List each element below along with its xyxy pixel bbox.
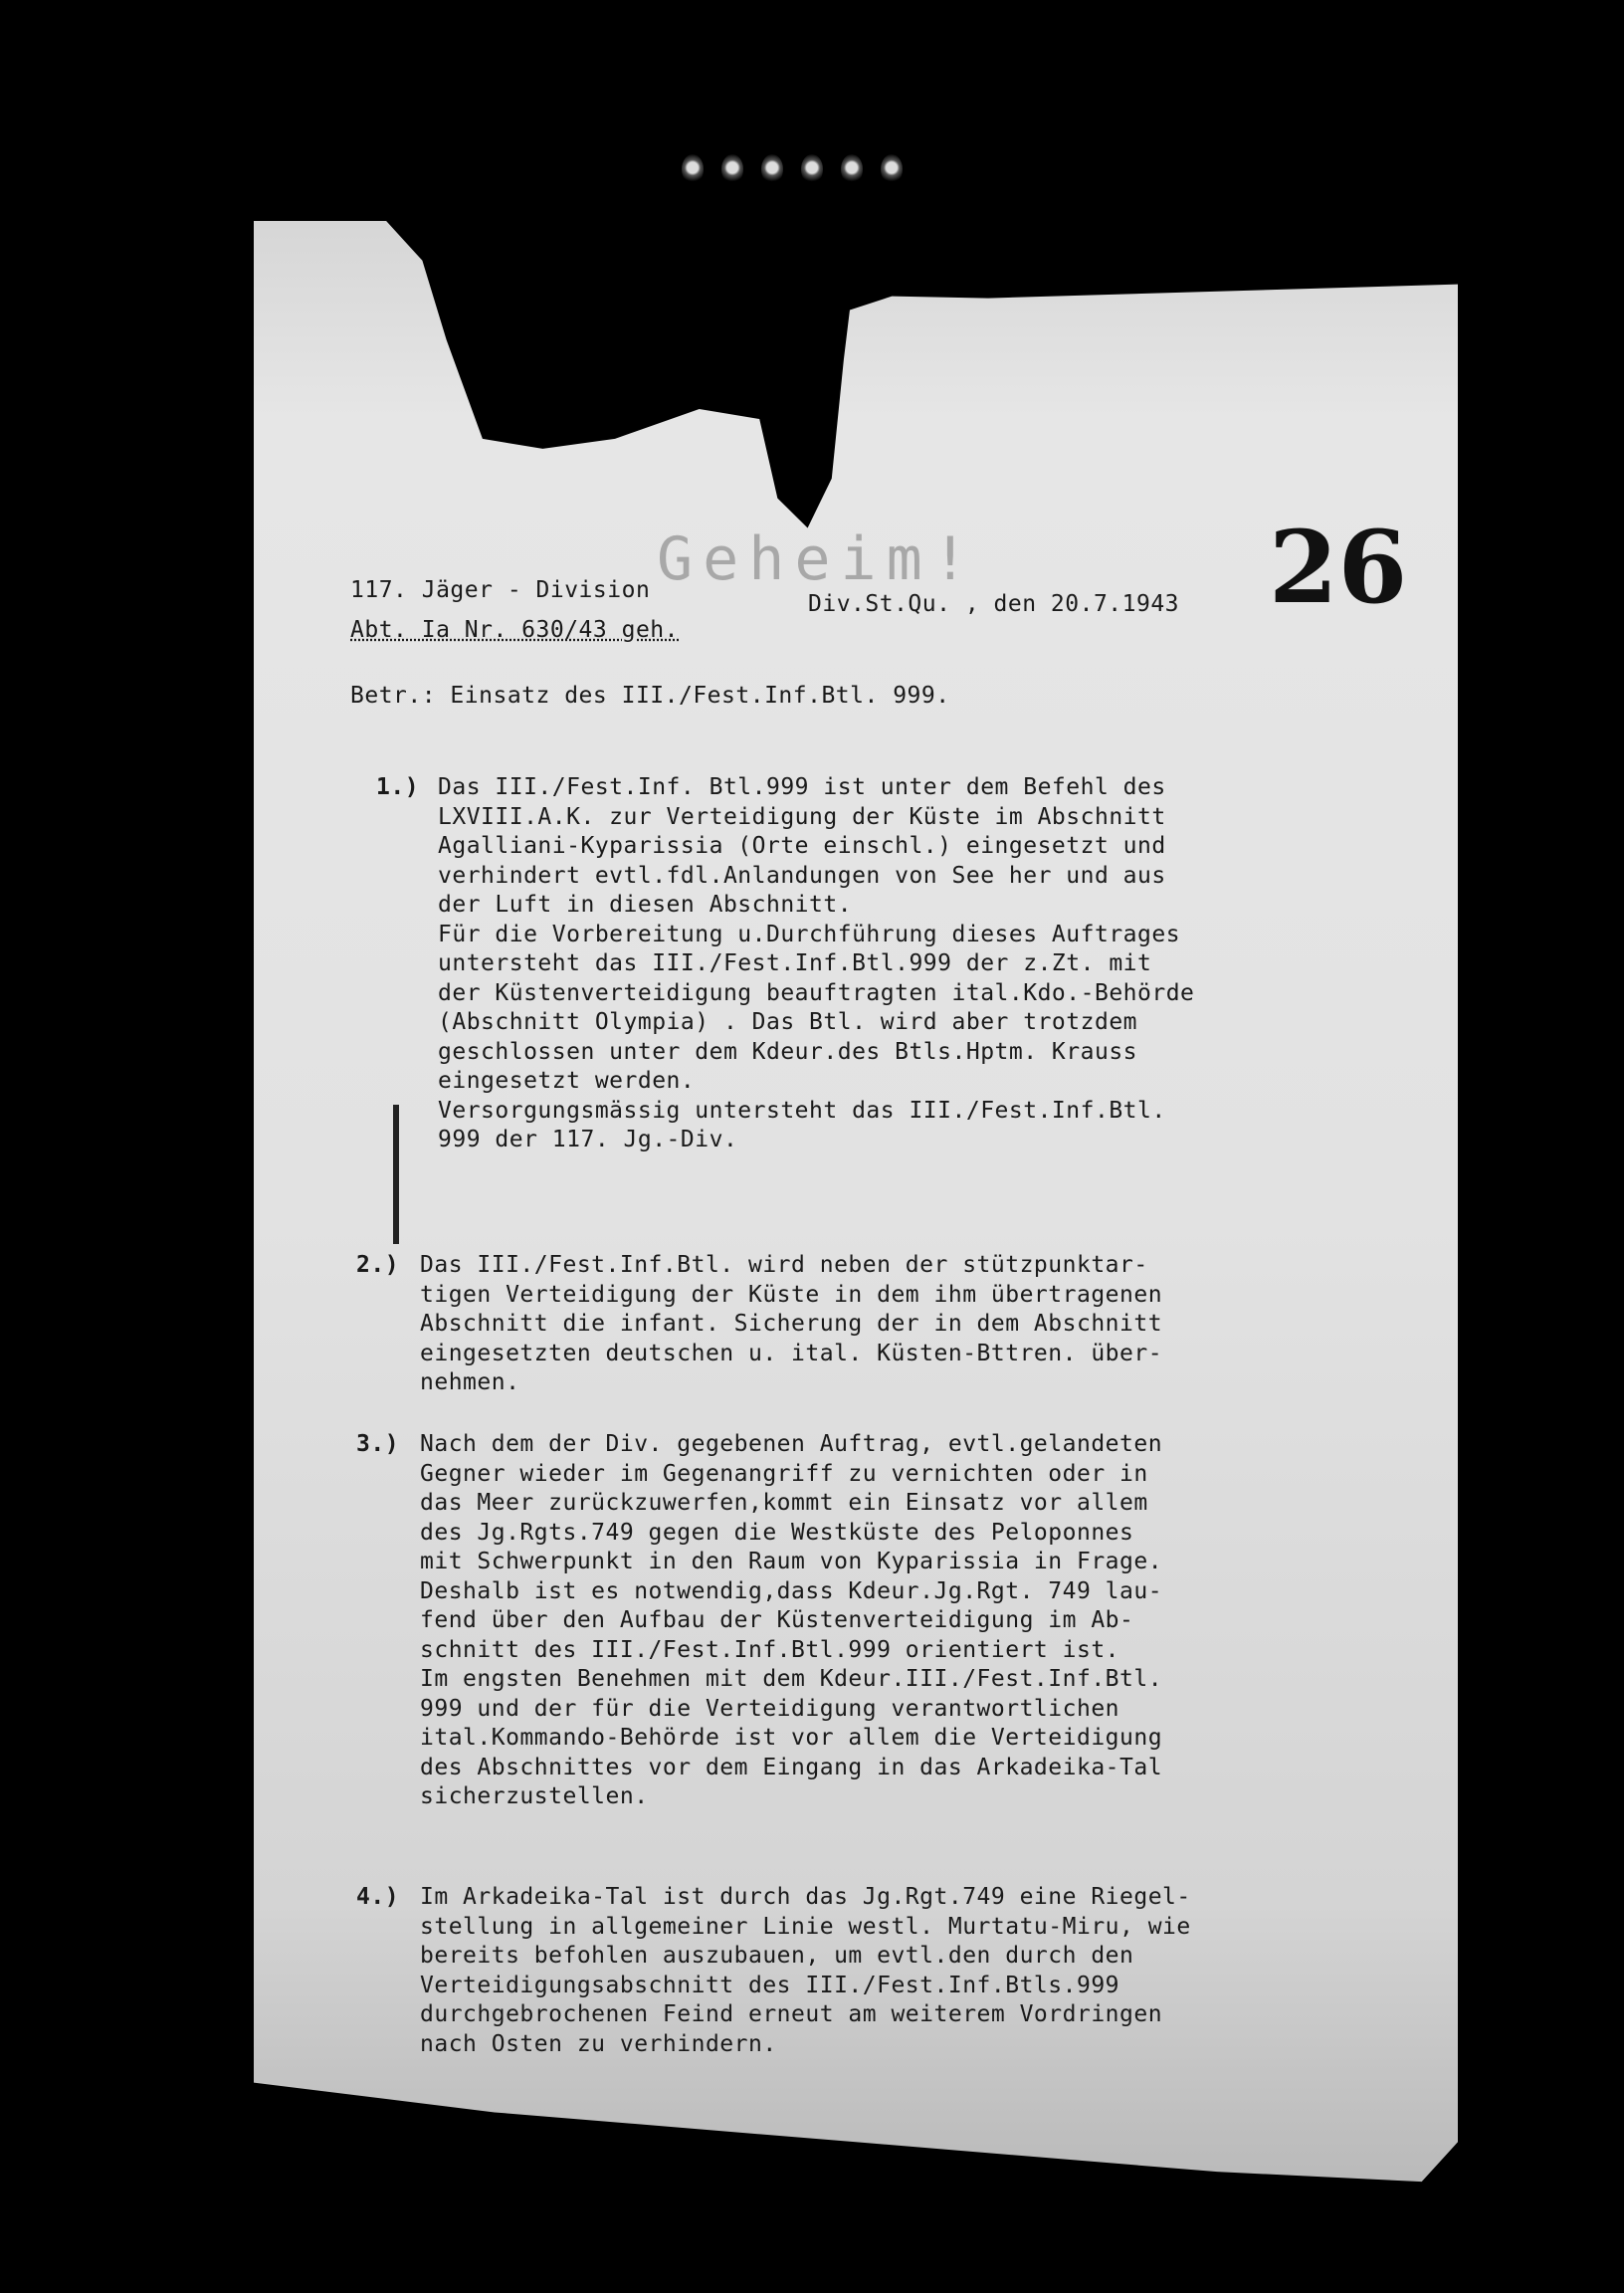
text-line: Gegner wieder im Gegenangriff zu vernich… [420,1463,1148,1486]
text-line: LXVIII.A.K. zur Verteidigung der Küste i… [438,806,1166,829]
document-text: Geheim! 26 117. Jäger - Division Div.St.… [0,0,1624,2293]
text-line: nach Osten zu verhindern. [420,2033,777,2056]
text-line: der Luft in diesen Abschnitt. [438,894,852,917]
subject-line: Betr.: Einsatz des III./Fest.Inf.Btl. 99… [350,685,950,708]
text-line: des Abschnittes vor dem Eingang in das A… [420,1757,1162,1779]
text-line: durchgebrochenen Feind erneut am weitere… [420,2003,1162,2026]
margin-bar-mark [393,1105,399,1244]
text-line: (Abschnitt Olympia) . Das Btl. wird aber… [438,1011,1137,1034]
text-line: geschlossen unter dem Kdeur.des Btls.Hpt… [438,1041,1137,1064]
text-line: sicherzustellen. [420,1785,649,1808]
section-number: 4.) [356,1886,399,1909]
text-line: stellung in allgemeiner Linie westl. Mur… [420,1916,1191,1939]
text-line: tigen Verteidigung der Küste in dem ihm … [420,1284,1162,1307]
text-line: 999 der 117. Jg.-Div. [438,1129,737,1151]
text-line: nehmen. [420,1371,519,1394]
text-line: eingesetzt werden. [438,1070,695,1093]
text-line: des Jg.Rgts.749 gegen die Westküste des … [420,1522,1133,1545]
section-number: 3.) [356,1433,399,1456]
text-line: Agalliani-Kyparissia (Orte einschl.) ein… [438,835,1166,858]
text-line: Im Arkadeika-Tal ist durch das Jg.Rgt.74… [420,1886,1191,1909]
text-line: Das III./Fest.Inf. Btl.999 ist unter dem… [438,776,1166,799]
unit-name: 117. Jäger - Division [350,579,650,602]
text-line: Das III./Fest.Inf.Btl. wird neben der st… [420,1254,1148,1277]
text-line: Nach dem der Div. gegebenen Auftrag, evt… [420,1433,1162,1456]
text-line: untersteht das III./Fest.Inf.Btl.999 der… [438,952,1151,975]
text-line: Verteidigungsabschnitt des III./Fest.Inf… [420,1975,1119,1997]
page-number: 26 [1269,518,1407,617]
text-line: verhindert evtl.fdl.Anlandungen von See … [438,865,1166,888]
text-line: schnitt des III./Fest.Inf.Btl.999 orient… [420,1639,1119,1662]
text-line: Abschnitt die infant. Sicherung der in d… [420,1313,1162,1336]
reference-number: Abt. Ia Nr. 630/43 geh. [350,619,679,642]
text-line: fend über den Aufbau der Küstenverteidig… [420,1609,1133,1632]
text-line: ital.Kommando-Behörde ist vor allem die … [420,1727,1162,1750]
text-line: eingesetzten deutschen u. ital. Küsten-B… [420,1343,1162,1365]
text-line: Versorgungsmässig untersteht das III./Fe… [438,1100,1166,1123]
section-number: 1.) [376,776,419,799]
text-line: Deshalb ist es notwendig,dass Kdeur.Jg.R… [420,1580,1162,1603]
text-line: das Meer zurückzuwerfen,kommt ein Einsat… [420,1492,1148,1515]
secret-stamp: Geheim! [657,529,978,589]
text-line: 999 und der für die Verteidigung verantw… [420,1698,1119,1721]
section-number: 2.) [356,1254,399,1277]
text-line: Im engsten Benehmen mit dem Kdeur.III./F… [420,1668,1162,1691]
text-line: der Küstenverteidigung beauftragten ital… [438,982,1194,1005]
location-date: Div.St.Qu. , den 20.7.1943 [808,593,1179,616]
text-line: Für die Vorbereitung u.Durchführung dies… [438,924,1180,946]
text-line: bereits befohlen auszubauen, um evtl.den… [420,1945,1133,1968]
text-line: mit Schwerpunkt in den Raum von Kypariss… [420,1551,1162,1573]
